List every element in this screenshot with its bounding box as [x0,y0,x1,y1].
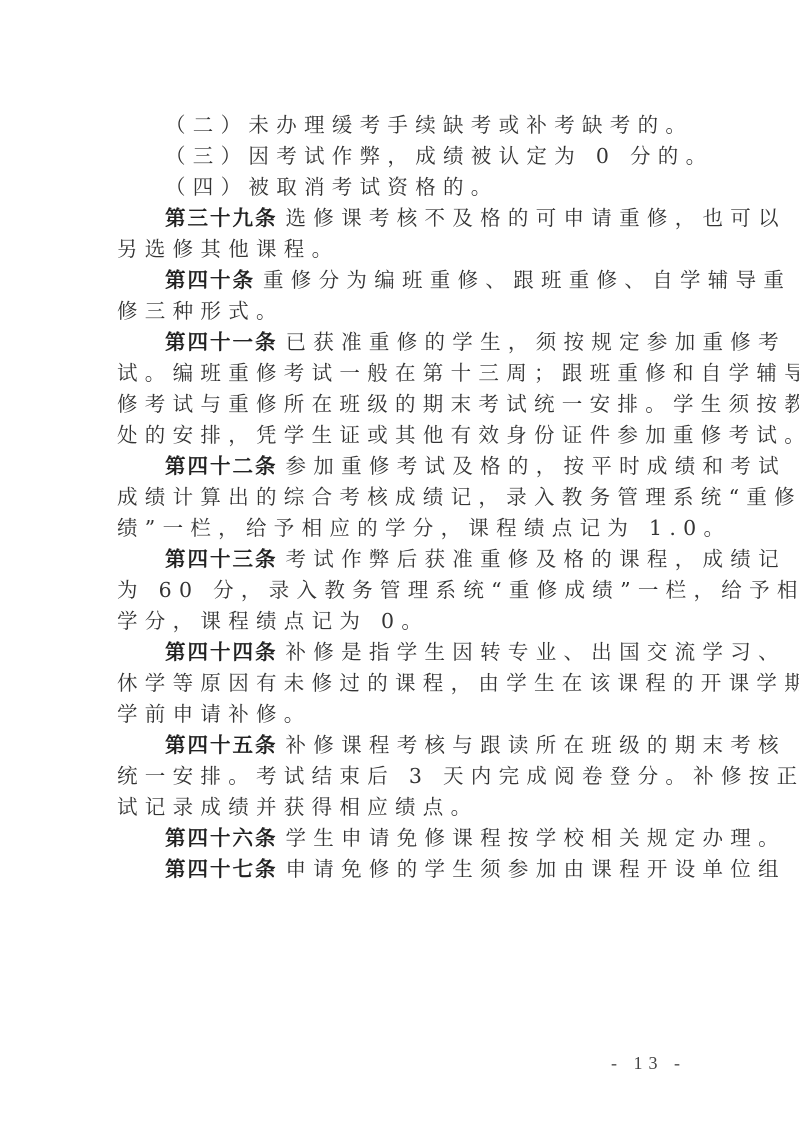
paragraph-line: 学前申请补修。 [117,699,677,730]
line-text: 申请免修的学生须参加由课程开设单位组 [286,857,786,881]
article-heading: 第四十二条 [165,454,278,478]
page-number: - 13 - [611,1053,686,1074]
paragraph-line: 第四十五条补修课程考核与跟读所在班级的期末考核 [117,730,677,761]
document-page: （二）未办理缓考手续缺考或补考缺考的。 （三）因考试作弊，成绩被认定为 0 分的… [117,110,677,885]
paragraph-line: 修三种形式。 [117,296,677,327]
paragraph-line: 第四十四条补修是指学生因转专业、出国交流学习、 [117,637,677,668]
line-text: 学生申请免修课程按学校相关规定办理。 [286,826,786,850]
line-text: 处的安排，凭学生证或其他有效身份证件参加重修考试。 [117,423,799,447]
paragraph-line: 休学等原因有未修过的课程，由学生在该课程的开课学期开 [117,668,677,699]
paragraph-line: （四）被取消考试资格的。 [117,172,677,203]
paragraph-line: 绩”一栏，给予相应的学分，课程绩点记为 1.0。 [117,513,677,544]
article-heading: 第四十条 [165,268,255,292]
line-text: （四）被取消考试资格的。 [165,175,499,199]
paragraph-line: 第三十九条选修课考核不及格的可申请重修，也可以 [117,203,677,234]
article-heading: 第三十九条 [165,206,278,230]
line-text: 成绩计算出的综合考核成绩记，录入教务管理系统“重修成 [117,485,799,509]
line-text: 补修是指学生因转专业、出国交流学习、 [286,640,786,664]
line-text: 另选修其他课程。 [117,237,339,261]
line-text: 绩”一栏，给予相应的学分，课程绩点记为 1.0。 [117,516,731,540]
article-heading: 第四十五条 [165,733,278,757]
paragraph-line: 第四十三条考试作弊后获准重修及格的课程，成绩记 [117,544,677,575]
paragraph-line: 处的安排，凭学生证或其他有效身份证件参加重修考试。 [117,420,677,451]
paragraph-line: 为 60 分，录入教务管理系统“重修成绩”一栏，给予相应 [117,575,677,606]
paragraph-line: 修考试与重修所在班级的期末考试统一安排。学生须按教务 [117,389,677,420]
paragraph-line: （三）因考试作弊，成绩被认定为 0 分的。 [117,141,677,172]
paragraph-line: 试记录成绩并获得相应绩点。 [117,792,677,823]
paragraph-line: 统一安排。考试结束后 3 天内完成阅卷登分。补修按正常考 [117,761,677,792]
paragraph-line: 第四十条重修分为编班重修、跟班重修、自学辅导重 [117,265,677,296]
line-text: 选修课考核不及格的可申请重修，也可以 [286,206,786,230]
line-text: 试。编班重修考试一般在第十三周；跟班重修和自学辅导重 [117,361,799,385]
article-heading: 第四十一条 [165,330,278,354]
line-text: 参加重修考试及格的，按平时成绩和考试 [286,454,786,478]
line-text: 学前申请补修。 [117,702,312,726]
article-heading: 第四十四条 [165,640,278,664]
line-text: 重修分为编班重修、跟班重修、自学辅导重 [263,268,791,292]
line-text: 为 60 分，录入教务管理系统“重修成绩”一栏，给予相应 [117,578,799,602]
line-text: （三）因考试作弊，成绩被认定为 0 分的。 [165,144,713,168]
paragraph-line: 第四十六条学生申请免修课程按学校相关规定办理。 [117,823,677,854]
line-text: 已获准重修的学生，须按规定参加重修考 [286,330,786,354]
line-text: 休学等原因有未修过的课程，由学生在该课程的开课学期开 [117,671,799,695]
line-text: 考试作弊后获准重修及格的课程，成绩记 [286,547,786,571]
line-text: （二）未办理缓考手续缺考或补考缺考的。 [165,113,693,137]
article-heading: 第四十三条 [165,547,278,571]
line-text: 统一安排。考试结束后 3 天内完成阅卷登分。补修按正常考 [117,764,799,788]
paragraph-line: 另选修其他课程。 [117,234,677,265]
paragraph-line: 试。编班重修考试一般在第十三周；跟班重修和自学辅导重 [117,358,677,389]
paragraph-line: 第四十二条参加重修考试及格的，按平时成绩和考试 [117,451,677,482]
line-text: 学分，课程绩点记为 0。 [117,609,429,633]
paragraph-line: 成绩计算出的综合考核成绩记，录入教务管理系统“重修成 [117,482,677,513]
line-text: 补修课程考核与跟读所在班级的期末考核 [286,733,786,757]
paragraph-line: 第四十七条申请免修的学生须参加由课程开设单位组 [117,854,677,885]
article-heading: 第四十七条 [165,857,278,881]
line-text: 修三种形式。 [117,299,284,323]
line-text: 修考试与重修所在班级的期末考试统一安排。学生须按教务 [117,392,799,416]
article-heading: 第四十六条 [165,826,278,850]
paragraph-line: 学分，课程绩点记为 0。 [117,606,677,637]
paragraph-line: （二）未办理缓考手续缺考或补考缺考的。 [117,110,677,141]
paragraph-line: 第四十一条已获准重修的学生，须按规定参加重修考 [117,327,677,358]
line-text: 试记录成绩并获得相应绩点。 [117,795,478,819]
